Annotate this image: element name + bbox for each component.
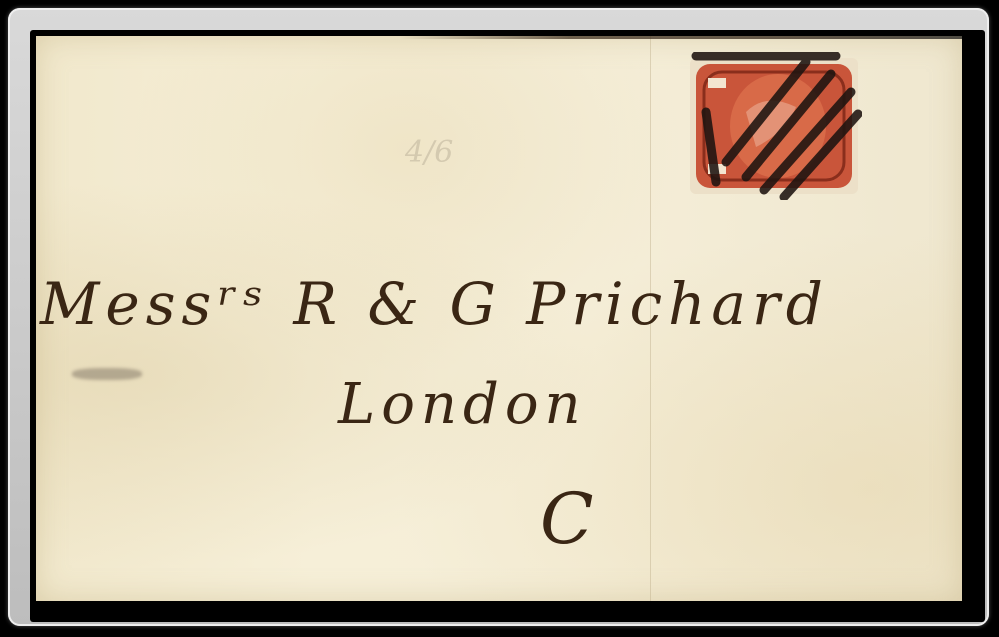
address-district: C — [540, 478, 594, 560]
addressee-name: Messʳˢ R & G Prichard — [40, 270, 829, 338]
address-city: London — [338, 372, 587, 437]
ink-smudge — [72, 368, 142, 380]
handwritten-address: Messʳˢ R & G Prichard London C — [0, 0, 999, 637]
